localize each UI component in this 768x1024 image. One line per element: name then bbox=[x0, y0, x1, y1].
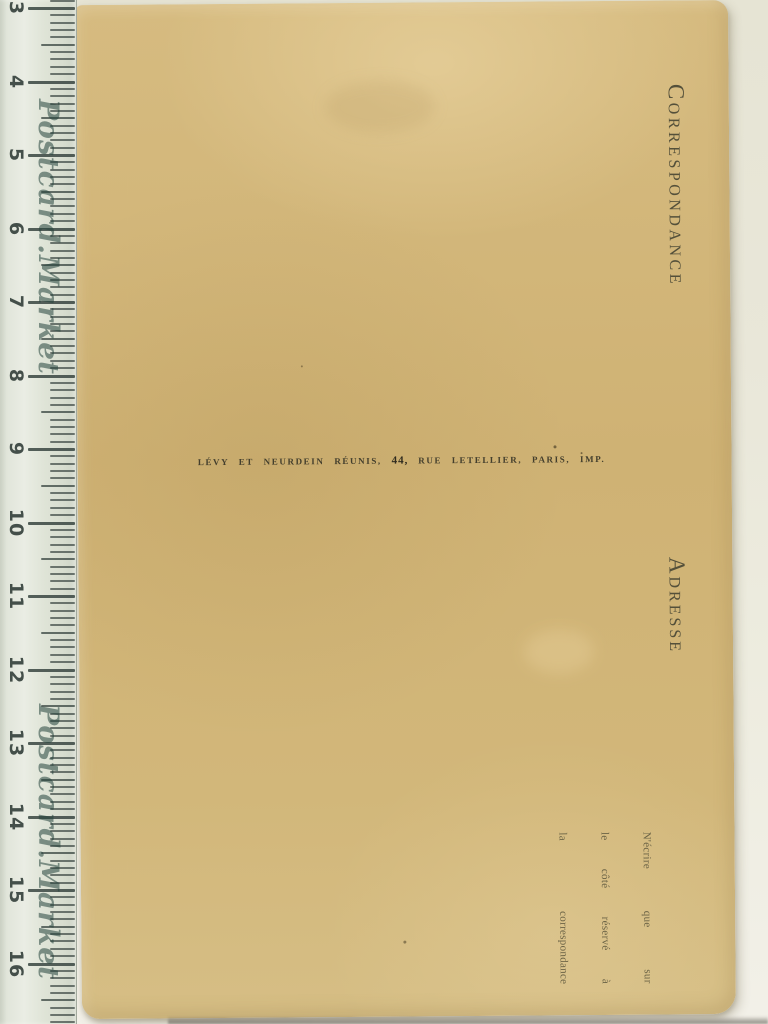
paper-speck bbox=[553, 445, 556, 448]
ruler-tick bbox=[50, 676, 75, 678]
ruler-tick bbox=[50, 566, 75, 568]
ruler-watermark: Postcard.Market bbox=[35, 82, 65, 392]
printer-imprint-number: 44, bbox=[392, 455, 409, 467]
ruler-number: 10 bbox=[5, 509, 27, 537]
ruler-tick bbox=[50, 58, 75, 60]
notice: N'écrire que surle côté réservé àla corr… bbox=[542, 832, 669, 985]
ruler-tick bbox=[50, 646, 75, 648]
ruler-tick bbox=[50, 404, 75, 406]
ruler-tick bbox=[50, 529, 75, 531]
ruler-tick bbox=[41, 44, 75, 46]
ruler-tick bbox=[50, 573, 75, 575]
ruler-tick bbox=[50, 588, 75, 590]
ruler-tick bbox=[50, 551, 75, 553]
ruler-tick bbox=[41, 632, 75, 634]
ruler-tick bbox=[50, 426, 75, 428]
ruler-tick bbox=[50, 499, 75, 501]
printer-imprint-right: RUE LETELLIER, PARIS, IMP. bbox=[418, 454, 605, 465]
ruler-tick bbox=[50, 441, 75, 443]
paper-stain bbox=[524, 629, 594, 674]
ruler-tick bbox=[28, 595, 75, 598]
ruler-tick bbox=[50, 639, 75, 641]
ruler-number: 5 bbox=[5, 141, 27, 169]
ruler-tick bbox=[50, 624, 75, 626]
ruler-tick bbox=[50, 0, 75, 2]
ruler-number: 15 bbox=[5, 876, 27, 904]
printer-imprint-left: LÉVY ET NEURDEIN RÉUNIS, bbox=[198, 456, 382, 467]
ruler-number: 9 bbox=[5, 435, 27, 463]
ruler-tick bbox=[50, 536, 75, 538]
ruler-tick bbox=[50, 544, 75, 546]
notice-line: N'écrire que sur bbox=[626, 832, 669, 984]
ruler-tick bbox=[50, 683, 75, 685]
ruler-number: 14 bbox=[5, 803, 27, 831]
notice-line: la correspondance bbox=[542, 832, 585, 984]
ruler-tick bbox=[50, 1014, 75, 1016]
ruler-tick bbox=[41, 485, 75, 487]
ruler-tick bbox=[50, 29, 75, 31]
ruler-number: 11 bbox=[5, 582, 27, 610]
ruler-tick bbox=[50, 419, 75, 421]
ruler-tick bbox=[50, 455, 75, 457]
ruler: 345678910111213141516 Postcard.Market Po… bbox=[0, 0, 77, 1024]
ruler-number: 7 bbox=[5, 288, 27, 316]
ruler-tick bbox=[50, 580, 75, 582]
ruler-tick bbox=[50, 397, 75, 399]
correspondance-heading: Correspondance bbox=[658, 60, 690, 310]
card-edge-shadow bbox=[168, 1016, 768, 1024]
ruler-number: 13 bbox=[5, 729, 27, 757]
notice-line: le côté réservé à bbox=[584, 832, 627, 984]
ruler-tick bbox=[50, 507, 75, 509]
ruler-tick bbox=[28, 7, 75, 10]
ruler-tick bbox=[50, 470, 75, 472]
ruler-tick bbox=[50, 433, 75, 435]
ruler-tick bbox=[50, 463, 75, 465]
ruler-tick bbox=[50, 1007, 75, 1009]
ruler-tick bbox=[50, 610, 75, 612]
ruler-tick bbox=[50, 51, 75, 53]
paper-stain bbox=[325, 80, 435, 133]
ruler-tick bbox=[28, 522, 75, 525]
ruler-tick bbox=[50, 73, 75, 75]
ruler-tick bbox=[50, 22, 75, 24]
ruler-number: 16 bbox=[5, 950, 27, 978]
paper-speck bbox=[403, 941, 406, 944]
ruler-number: 6 bbox=[5, 215, 27, 243]
ruler-tick bbox=[50, 492, 75, 494]
ruler-number: 12 bbox=[5, 656, 27, 684]
ruler-number: 4 bbox=[5, 68, 27, 96]
paper-speck bbox=[301, 365, 303, 367]
ruler-tick bbox=[50, 654, 75, 656]
ruler-tick bbox=[50, 14, 75, 16]
ruler-tick bbox=[28, 669, 75, 672]
ruler-tick bbox=[50, 602, 75, 604]
adresse-heading: Adresse bbox=[659, 530, 690, 680]
ruler-tick bbox=[50, 477, 75, 479]
ruler-tick bbox=[50, 617, 75, 619]
ruler-tick bbox=[28, 448, 75, 451]
ruler-watermark: Postcard.Market bbox=[35, 687, 65, 997]
ruler-number: 8 bbox=[5, 362, 27, 390]
ruler-tick bbox=[50, 661, 75, 663]
printer-imprint-line: LÉVY ET NEURDEIN RÉUNIS, 44, RUE LETELLI… bbox=[167, 453, 637, 473]
ruler-tick bbox=[41, 558, 75, 560]
postcard-back: Correspondance LÉVY ET NEURDEIN RÉUNIS, … bbox=[74, 0, 736, 1019]
ruler-number: 3 bbox=[5, 0, 27, 22]
ruler-tick bbox=[50, 1021, 75, 1023]
ruler-tick bbox=[50, 514, 75, 516]
ruler-tick bbox=[50, 36, 75, 38]
ruler-tick bbox=[41, 411, 75, 413]
ruler-tick bbox=[41, 999, 75, 1001]
ruler-tick bbox=[50, 66, 75, 68]
